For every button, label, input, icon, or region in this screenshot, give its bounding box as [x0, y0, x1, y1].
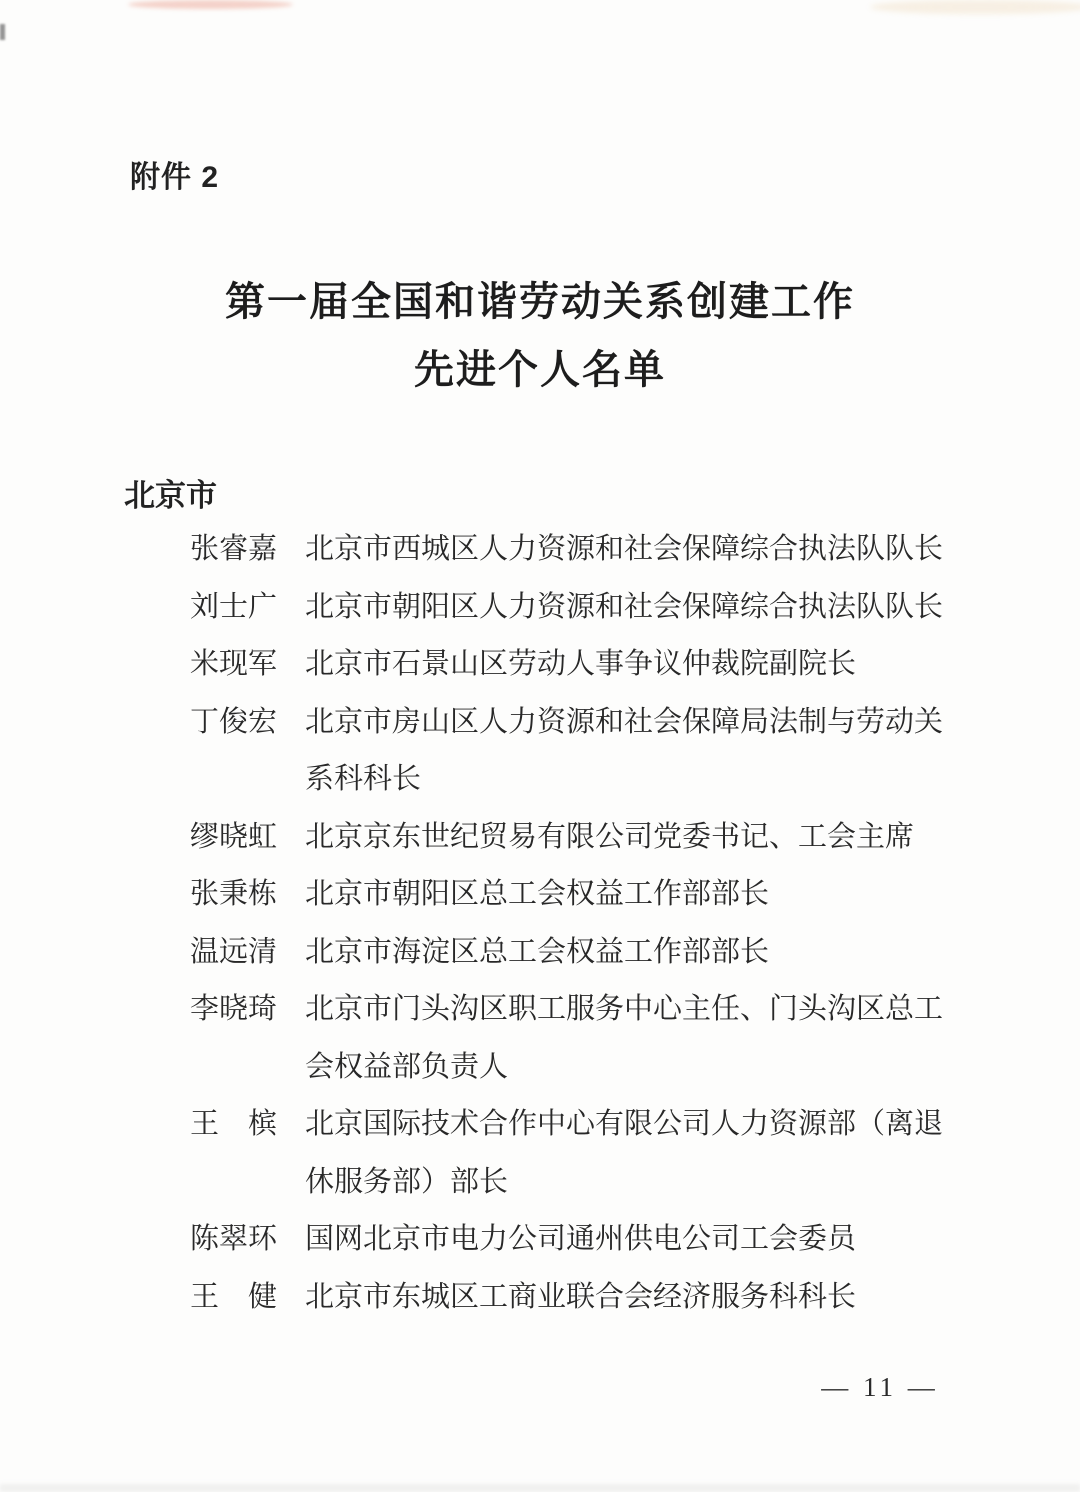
entry-row: 温远清 北京市海淀区总工会权益工作部部长: [190, 924, 950, 982]
scan-artifact-edge-speck: [0, 24, 5, 40]
scan-artifact-warm-smudge: [870, 0, 1080, 14]
entry-person-name: 丁俊宏: [190, 694, 280, 752]
document-title-line1: 第一届全国和谐劳动关系创建工作: [0, 268, 1080, 336]
entry-person-name: 陈翠环: [190, 1211, 280, 1269]
entry-person-name: 缪晓虹: [190, 809, 280, 867]
entry-row: 李晓琦 北京市门头沟区职工服务中心主任、门头沟区总工会权益部负责人: [190, 981, 950, 1096]
entry-row: 丁俊宏 北京市房山区人力资源和社会保障局法制与劳动关系科科长: [190, 694, 950, 809]
entry-person-name: 刘士广: [190, 579, 280, 637]
region-header: 北京市: [124, 470, 217, 515]
entry-row: 缪晓虹 北京京东世纪贸易有限公司党委书记、工会主席: [190, 809, 950, 867]
scanned-document-page: 附件 2 第一届全国和谐劳动关系创建工作 先进个人名单 北京市 张睿嘉 北京市西…: [0, 0, 1080, 1492]
entry-list: 张睿嘉 北京市西城区人力资源和社会保障综合执法队队长 刘士广 北京市朝阳区人力资…: [190, 521, 950, 1326]
entry-row: 陈翠环 国网北京市电力公司通州供电公司工会委员: [190, 1211, 950, 1269]
entry-person-title: 北京市石景山区劳动人事争议仲裁院副院长: [305, 636, 950, 694]
entry-row: 张睿嘉 北京市西城区人力资源和社会保障综合执法队队长: [190, 521, 950, 579]
entry-person-title: 北京市西城区人力资源和社会保障综合执法队队长: [305, 521, 950, 579]
entry-person-title: 北京市门头沟区职工服务中心主任、门头沟区总工会权益部负责人: [305, 981, 950, 1096]
entry-person-title: 北京市东城区工商业联合会经济服务科科长: [305, 1269, 950, 1327]
entry-person-name: 王 槟: [190, 1096, 280, 1154]
page-number: — 11 —: [790, 1372, 970, 1403]
entry-person-name: 张睿嘉: [190, 521, 280, 579]
document-title: 第一届全国和谐劳动关系创建工作 先进个人名单: [0, 268, 1080, 404]
entry-person-title: 北京市朝阳区总工会权益工作部部长: [305, 866, 950, 924]
document-title-line2: 先进个人名单: [0, 336, 1080, 404]
entry-person-name: 米现军: [190, 636, 280, 694]
entry-person-title: 北京市朝阳区人力资源和社会保障综合执法队队长: [305, 579, 950, 637]
entry-row: 王 槟 北京国际技术合作中心有限公司人力资源部（离退休服务部）部长: [190, 1096, 950, 1211]
entry-person-title: 北京京东世纪贸易有限公司党委书记、工会主席: [305, 809, 950, 867]
entry-person-name: 李晓琦: [190, 981, 280, 1039]
entry-person-title: 北京国际技术合作中心有限公司人力资源部（离退休服务部）部长: [305, 1096, 950, 1211]
attachment-label: 附件 2: [130, 152, 219, 196]
entry-row: 张秉栋 北京市朝阳区总工会权益工作部部长: [190, 866, 950, 924]
entry-person-name: 王 健: [190, 1269, 280, 1327]
entry-person-title: 北京市海淀区总工会权益工作部部长: [305, 924, 950, 982]
scan-artifact-red-smudge: [128, 0, 293, 9]
entry-person-title: 北京市房山区人力资源和社会保障局法制与劳动关系科科长: [305, 694, 950, 809]
entry-row: 米现军 北京市石景山区劳动人事争议仲裁院副院长: [190, 636, 950, 694]
entry-person-name: 温远清: [190, 924, 280, 982]
entry-person-title: 国网北京市电力公司通州供电公司工会委员: [305, 1211, 950, 1269]
scan-artifact-bottom-shade: [0, 1484, 1080, 1492]
entry-row: 王 健 北京市东城区工商业联合会经济服务科科长: [190, 1269, 950, 1327]
entry-row: 刘士广 北京市朝阳区人力资源和社会保障综合执法队队长: [190, 579, 950, 637]
entry-person-name: 张秉栋: [190, 866, 280, 924]
